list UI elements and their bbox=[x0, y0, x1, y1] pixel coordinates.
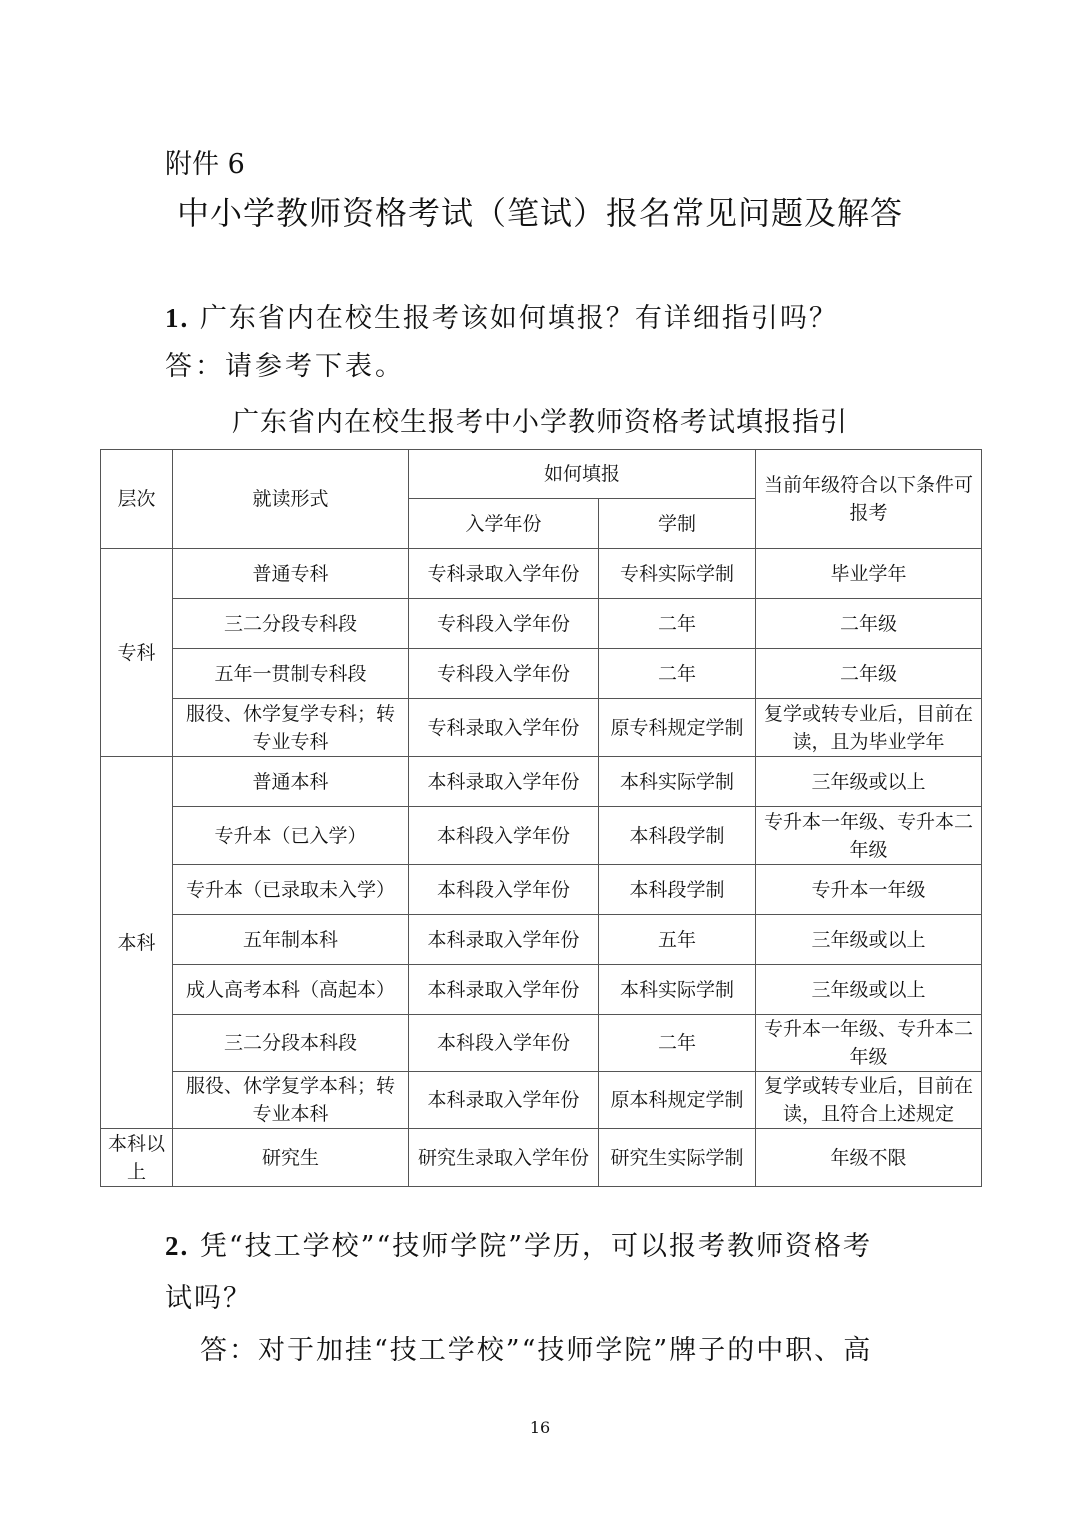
condition-cell: 复学或转专业后，目前在读，且为毕业学年 bbox=[756, 699, 982, 757]
question-1-number: 1. bbox=[165, 303, 189, 333]
schooling-cell: 二年 bbox=[599, 1015, 756, 1072]
condition-cell: 年级不限 bbox=[756, 1129, 982, 1187]
schooling-cell: 五年 bbox=[599, 915, 756, 965]
year-cell: 专科段入学年份 bbox=[409, 599, 599, 649]
schooling-cell: 原专科规定学制 bbox=[599, 699, 756, 757]
table-row: 五年一贯制专科段 专科段入学年份 二年 二年级 bbox=[101, 649, 982, 699]
header-enroll-year: 入学年份 bbox=[409, 499, 599, 549]
table-row: 专科 普通专科 专科录取入学年份 专科实际学制 毕业学年 bbox=[101, 549, 982, 599]
form-cell: 五年一贯制专科段 bbox=[173, 649, 409, 699]
form-cell: 专升本（已入学） bbox=[173, 807, 409, 865]
table-row: 成人高考本科（高起本） 本科录取入学年份 本科实际学制 三年级或以上 bbox=[101, 965, 982, 1015]
condition-cell: 二年级 bbox=[756, 599, 982, 649]
attachment-label: 附件 6 bbox=[165, 142, 245, 181]
schooling-cell: 二年 bbox=[599, 599, 756, 649]
header-study-form: 就读形式 bbox=[173, 450, 409, 549]
condition-cell: 专升本一年级、专升本二年级 bbox=[756, 1015, 982, 1072]
form-cell: 服役、休学复学专科；转专业专科 bbox=[173, 699, 409, 757]
year-cell: 专科录取入学年份 bbox=[409, 699, 599, 757]
condition-cell: 三年级或以上 bbox=[756, 757, 982, 807]
answer-1: 答：请参考下表。 bbox=[165, 344, 405, 383]
question-1-text: 广东省内在校生报考该如何填报？有详细指引吗？ bbox=[189, 303, 838, 334]
form-cell: 成人高考本科（高起本） bbox=[173, 965, 409, 1015]
schooling-cell: 本科实际学制 bbox=[599, 965, 756, 1015]
schooling-cell: 本科段学制 bbox=[599, 807, 756, 865]
table-row: 服役、休学复学本科；转专业本科 本科录取入学年份 原本科规定学制 复学或转专业后… bbox=[101, 1072, 982, 1129]
header-level: 层次 bbox=[101, 450, 173, 549]
question-2-text-line2: 试吗？ bbox=[165, 1276, 252, 1315]
level-cell: 专科 bbox=[101, 549, 173, 757]
table-row: 三二分段专科段 专科段入学年份 二年 二年级 bbox=[101, 599, 982, 649]
schooling-cell: 研究生实际学制 bbox=[599, 1129, 756, 1187]
header-how-to-fill: 如何填报 bbox=[409, 450, 756, 499]
answer-2: 答：对于加挂“技工学校”“技师学院”牌子的中职、高 bbox=[200, 1328, 872, 1367]
schooling-cell: 原本科规定学制 bbox=[599, 1072, 756, 1129]
form-cell: 研究生 bbox=[173, 1129, 409, 1187]
year-cell: 本科段入学年份 bbox=[409, 865, 599, 915]
table-row: 专升本（已入学） 本科段入学年份 本科段学制 专升本一年级、专升本二年级 bbox=[101, 807, 982, 865]
form-cell: 普通本科 bbox=[173, 757, 409, 807]
table-row: 本科 普通本科 本科录取入学年份 本科实际学制 三年级或以上 bbox=[101, 757, 982, 807]
form-cell: 三二分段专科段 bbox=[173, 599, 409, 649]
form-cell: 专升本（已录取未入学） bbox=[173, 865, 409, 915]
year-cell: 本科段入学年份 bbox=[409, 807, 599, 865]
guide-table: 层次 就读形式 如何填报 当前年级符合以下条件可报考 入学年份 学制 专科 普通… bbox=[100, 449, 982, 1187]
form-cell: 五年制本科 bbox=[173, 915, 409, 965]
level-cell: 本科 bbox=[101, 757, 173, 1129]
condition-cell: 三年级或以上 bbox=[756, 915, 982, 965]
condition-cell: 复学或转专业后，目前在读，且符合上述规定 bbox=[756, 1072, 982, 1129]
form-cell: 普通专科 bbox=[173, 549, 409, 599]
year-cell: 本科录取入学年份 bbox=[409, 757, 599, 807]
table-title: 广东省内在校生报考中小学教师资格考试填报指引 bbox=[0, 400, 1080, 439]
page-number: 16 bbox=[0, 1418, 1080, 1437]
year-cell: 本科录取入学年份 bbox=[409, 965, 599, 1015]
year-cell: 研究生录取入学年份 bbox=[409, 1129, 599, 1187]
condition-cell: 专升本一年级、专升本二年级 bbox=[756, 807, 982, 865]
schooling-cell: 专科实际学制 bbox=[599, 549, 756, 599]
question-1: 1. 广东省内在校生报考该如何填报？有详细指引吗？ bbox=[165, 296, 838, 335]
form-cell: 三二分段本科段 bbox=[173, 1015, 409, 1072]
year-cell: 本科录取入学年份 bbox=[409, 1072, 599, 1129]
schooling-cell: 本科实际学制 bbox=[599, 757, 756, 807]
condition-cell: 二年级 bbox=[756, 649, 982, 699]
table-row: 三二分段本科段 本科段入学年份 二年 专升本一年级、专升本二年级 bbox=[101, 1015, 982, 1072]
schooling-cell: 二年 bbox=[599, 649, 756, 699]
header-schooling: 学制 bbox=[599, 499, 756, 549]
schooling-cell: 本科段学制 bbox=[599, 865, 756, 915]
table-row: 专升本（已录取未入学） 本科段入学年份 本科段学制 专升本一年级 bbox=[101, 865, 982, 915]
table-row: 五年制本科 本科录取入学年份 五年 三年级或以上 bbox=[101, 915, 982, 965]
form-cell: 服役、休学复学本科；转专业本科 bbox=[173, 1072, 409, 1129]
header-condition: 当前年级符合以下条件可报考 bbox=[756, 450, 982, 549]
question-2-text-line1: 凭“技工学校”“技师学院”学历，可以报考教师资格考 bbox=[189, 1231, 872, 1262]
year-cell: 专科录取入学年份 bbox=[409, 549, 599, 599]
question-2: 2. 凭“技工学校”“技师学院”学历，可以报考教师资格考 bbox=[165, 1224, 872, 1263]
year-cell: 本科录取入学年份 bbox=[409, 915, 599, 965]
year-cell: 本科段入学年份 bbox=[409, 1015, 599, 1072]
condition-cell: 专升本一年级 bbox=[756, 865, 982, 915]
condition-cell: 毕业学年 bbox=[756, 549, 982, 599]
condition-cell: 三年级或以上 bbox=[756, 965, 982, 1015]
level-cell: 本科以上 bbox=[101, 1129, 173, 1187]
document-title: 中小学教师资格考试（笔试）报名常见问题及解答 bbox=[0, 188, 1080, 234]
table-row: 服役、休学复学专科；转专业专科 专科录取入学年份 原专科规定学制 复学或转专业后… bbox=[101, 699, 982, 757]
table-row: 本科以上 研究生 研究生录取入学年份 研究生实际学制 年级不限 bbox=[101, 1129, 982, 1187]
year-cell: 专科段入学年份 bbox=[409, 649, 599, 699]
question-2-number: 2. bbox=[165, 1231, 189, 1261]
